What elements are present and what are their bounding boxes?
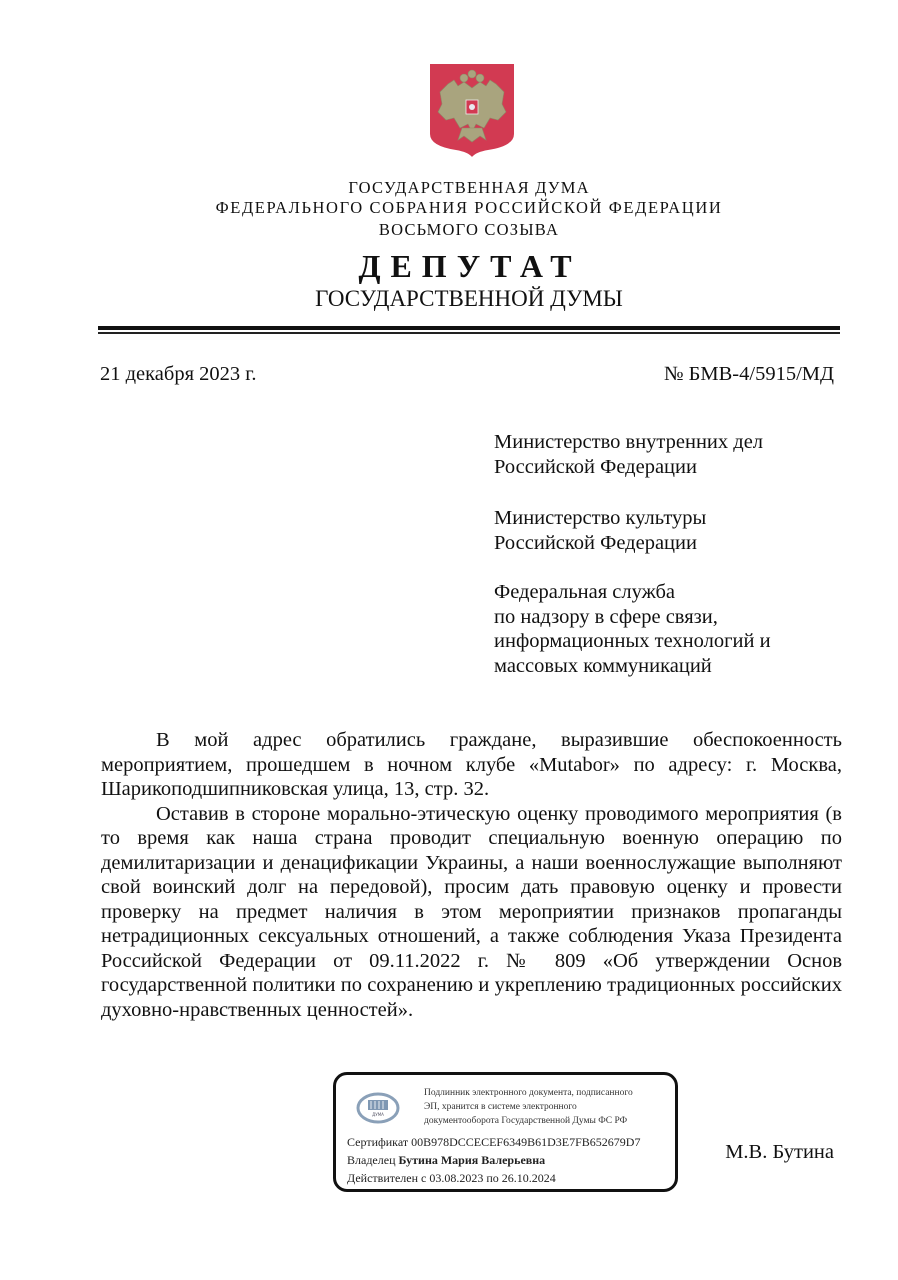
header-divider-thick	[98, 326, 840, 330]
addressee-block: Федеральная служба по надзору в сфере св…	[494, 580, 854, 678]
coat-of-arms-emblem	[428, 62, 516, 158]
valid-from: 03.08.2023	[429, 1171, 483, 1185]
addressee-line: Российской Федерации	[494, 455, 854, 480]
addressee-line: Министерство внутренних дел	[494, 430, 854, 455]
letter-body: В мой адрес обратились граждане, выразив…	[101, 728, 842, 1022]
addressee-line: информационных технологий и	[494, 629, 854, 654]
page-title: ДЕПУТАТ	[0, 248, 898, 285]
duma-building-logo-icon: ДУМА	[356, 1092, 400, 1124]
stamp-notice-line: документооборота Государственной Думы ФС…	[424, 1114, 627, 1128]
valid-to-label: по	[486, 1171, 498, 1185]
signer-name: М.В. Бутина	[725, 1141, 834, 1164]
document-number: № БМВ-4/5915/МД	[664, 362, 834, 387]
letter-paragraph: В мой адрес обратились граждане, выразив…	[101, 728, 842, 802]
valid-label: Действителен с	[347, 1171, 426, 1185]
owner-row: Владелец Бутина Мария Валерьевна	[347, 1153, 545, 1168]
owner-label: Владелец	[347, 1153, 396, 1167]
addressee-line: по надзору в сфере связи,	[494, 605, 854, 630]
header-line-2: ФЕДЕРАЛЬНОГО СОБРАНИЯ РОССИЙСКОЙ ФЕДЕРАЦ…	[0, 198, 898, 218]
addressee-line: массовых коммуникаций	[494, 654, 854, 679]
letter-paragraph: Оставив в стороне морально-этическую оце…	[101, 802, 842, 1023]
document-date: 21 декабря 2023 г.	[100, 362, 256, 387]
valid-to: 26.10.2024	[502, 1171, 556, 1185]
certificate-row: Сертификат 00B978DCCECEF6349B61D3E7FB652…	[347, 1135, 640, 1150]
addressee-block: Министерство культуры Российской Федерац…	[494, 506, 854, 555]
owner-value: Бутина Мария Валерьевна	[399, 1153, 546, 1167]
header-line-1: ГОСУДАРСТВЕННАЯ ДУМА	[0, 178, 898, 198]
validity-row: Действителен с 03.08.2023 по 26.10.2024	[347, 1171, 556, 1186]
page-subtitle: ГОСУДАРСТВЕННОЙ ДУМЫ	[0, 286, 898, 312]
header-divider-thin	[98, 332, 840, 334]
stamp-notice-line: Подлинник электронного документа, подпис…	[424, 1086, 633, 1100]
russian-coat-of-arms-icon	[428, 62, 516, 158]
stamp-notice-line: ЭП, хранится в системе электронного	[424, 1100, 577, 1114]
certificate-value: 00B978DCCECEF6349B61D3E7FB652679D7	[411, 1135, 640, 1149]
certificate-label: Сертификат	[347, 1135, 408, 1149]
header-line-3: ВОСЬМОГО СОЗЫВА	[0, 220, 898, 240]
svg-text:ДУМА: ДУМА	[372, 1112, 384, 1117]
addressee-line: Федеральная служба	[494, 580, 854, 605]
addressee-line: Российской Федерации	[494, 531, 854, 556]
addressee-block: Министерство внутренних дел Российской Ф…	[494, 430, 854, 479]
addressee-line: Министерство культуры	[494, 506, 854, 531]
electronic-signature-stamp: ДУМА Подлинник электронного документа, п…	[333, 1072, 678, 1192]
